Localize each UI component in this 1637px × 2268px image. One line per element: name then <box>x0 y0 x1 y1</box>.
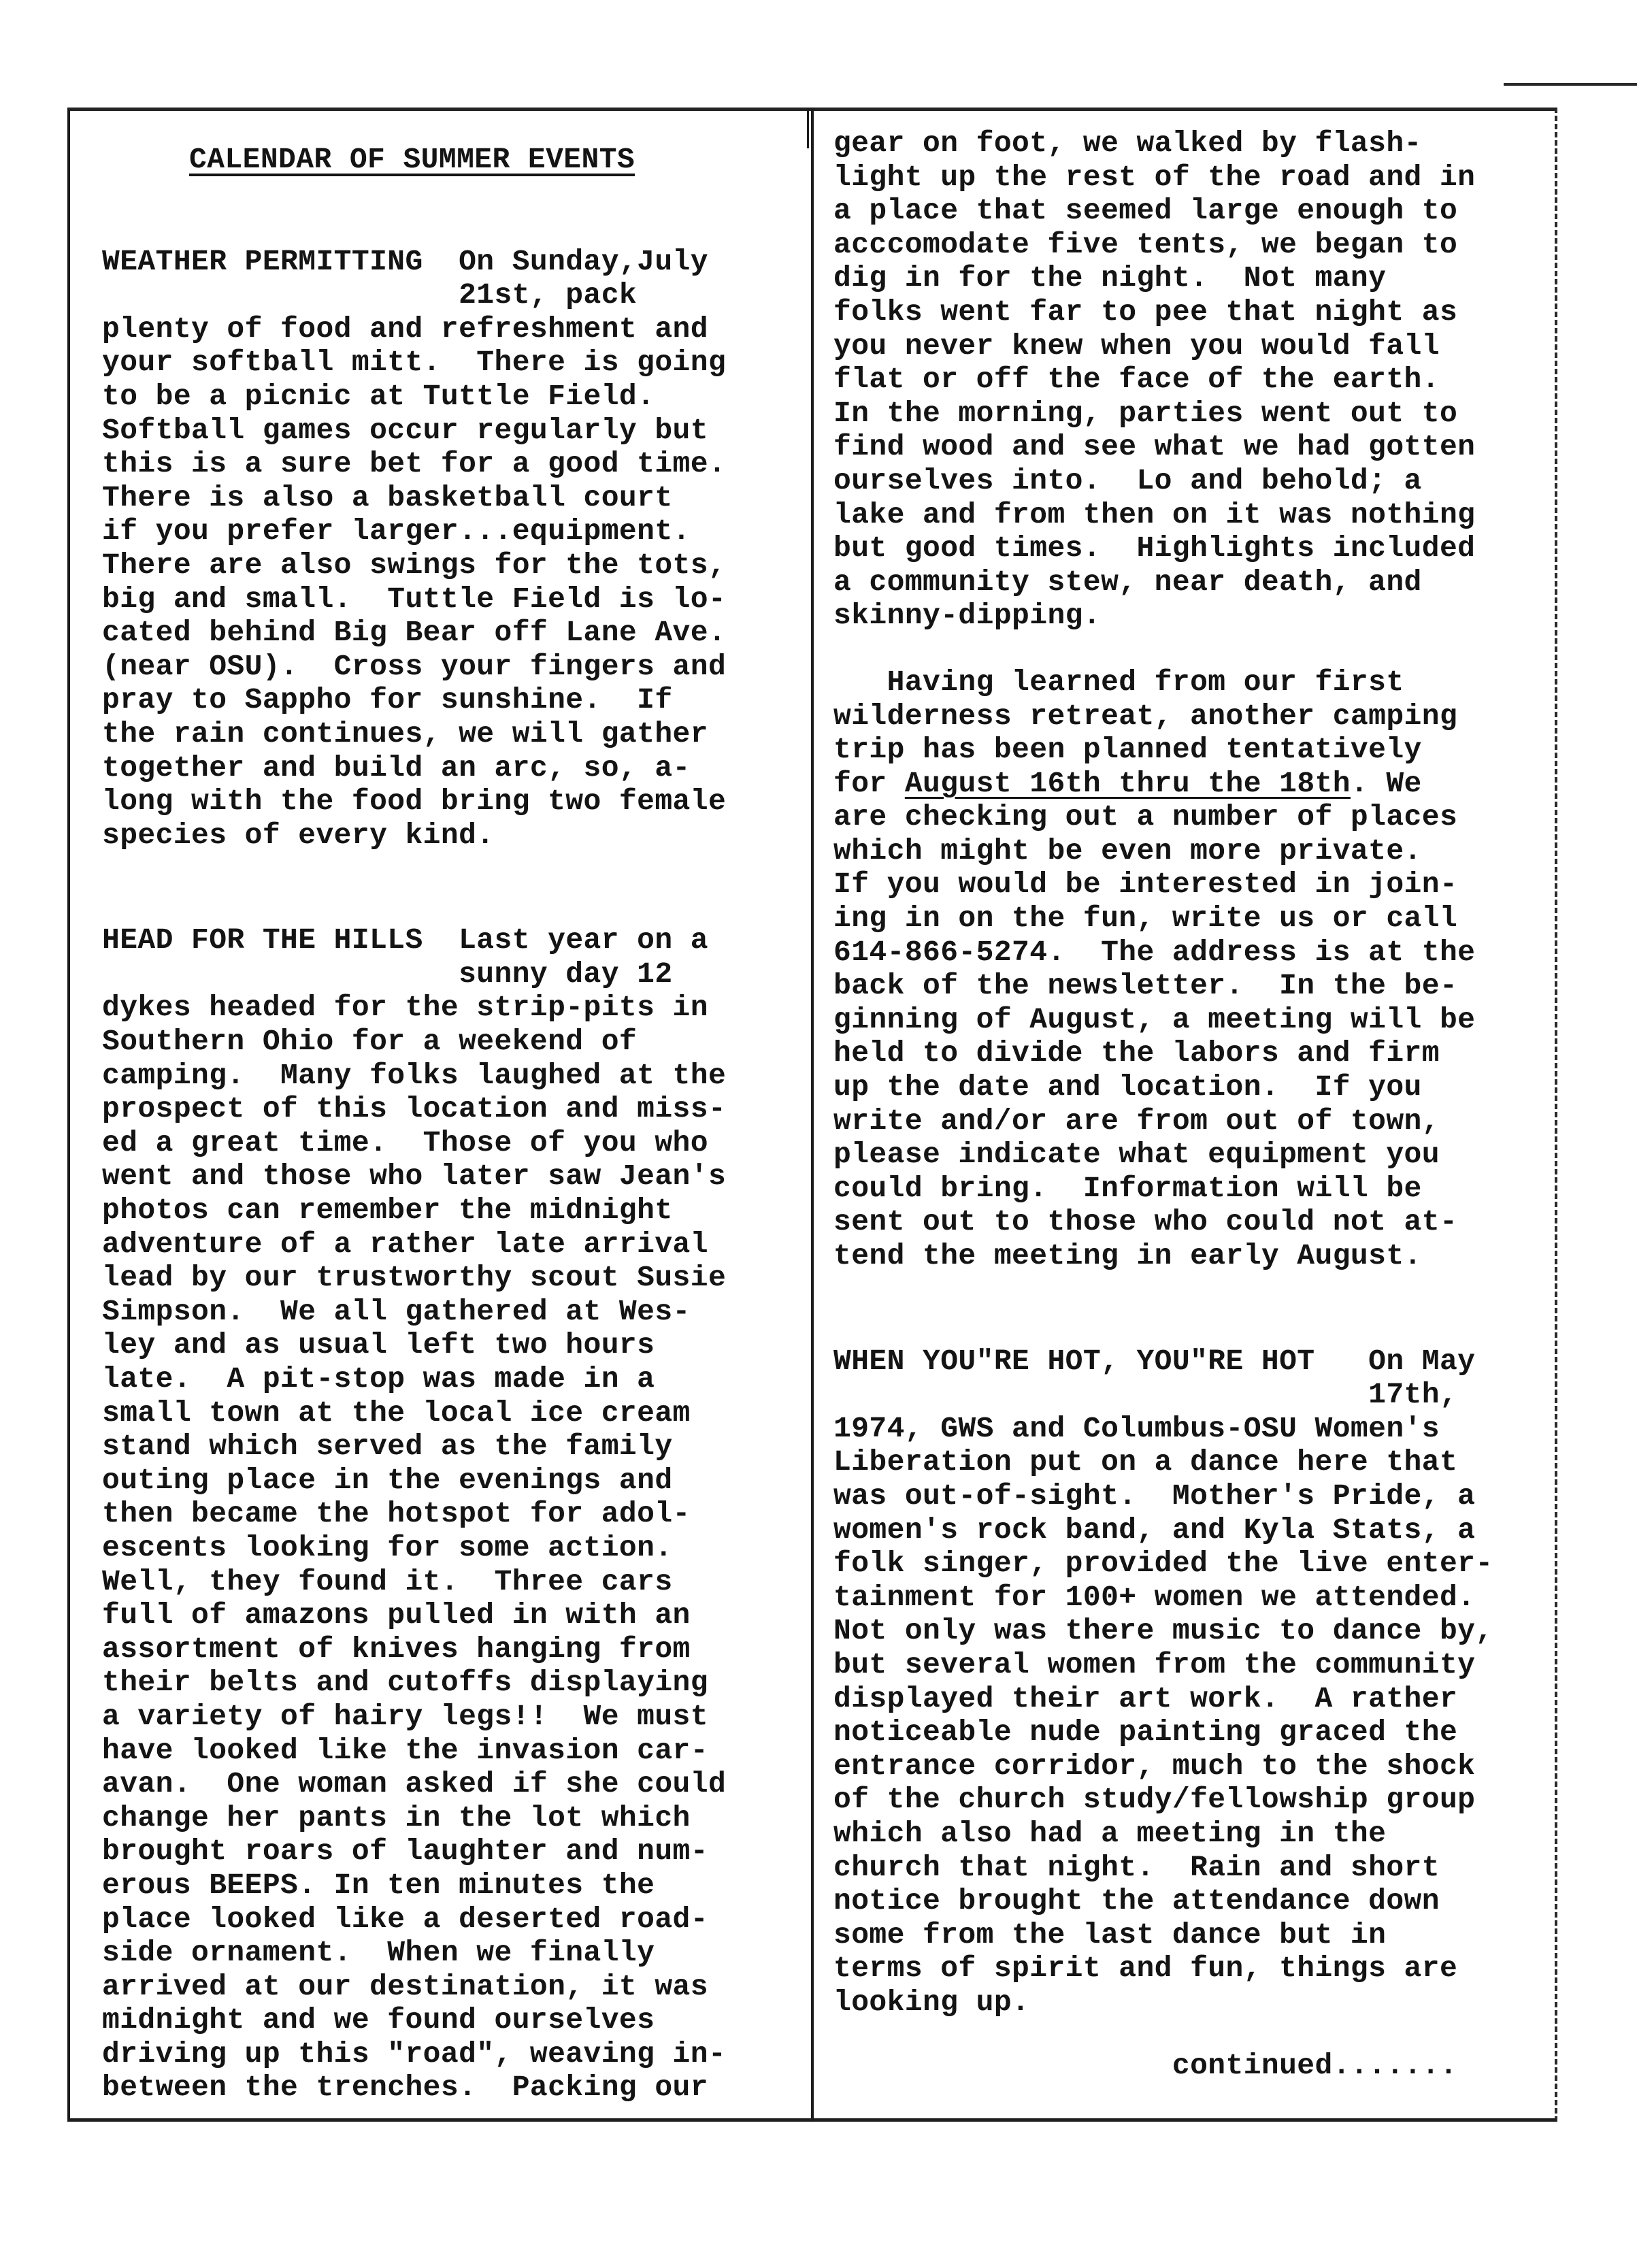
head-for-the-hills-line: gear on foot, we walked by flash- <box>833 127 1541 161</box>
head-for-the-hills-line: brought roars of laughter and num- <box>102 1835 789 1869</box>
camping-trip-date: August 16th thru the 18th <box>905 767 1351 800</box>
head-for-the-hills-line: you never knew when you would fall <box>833 329 1541 363</box>
weather-permitting-line: this is a sure bet for a good time. <box>102 447 789 481</box>
when-youre-hot-line: women's rock band, and Kyla Stats, a <box>833 1513 1541 1547</box>
camping-trip-line: ing in on the fun, write us or call <box>833 902 1541 936</box>
weather-permitting-line: There are also swings for the tots, <box>102 548 789 582</box>
when-youre-hot-line: tainment for 100+ women we attended. <box>833 1581 1541 1615</box>
weather-permitting-line: (near OSU). Cross your fingers and <box>102 650 789 684</box>
weather-permitting-line: pray to Sappho for sunshine. If <box>102 683 789 717</box>
head-for-the-hills-line: small town at the local ice cream <box>102 1396 789 1430</box>
head-for-the-hills-line: prospect of this location and miss- <box>102 1092 789 1126</box>
head-for-the-hills-line: outing place in the evenings and <box>102 1464 789 1498</box>
head-for-the-hills-line: acccomodate five tents, we began to <box>833 228 1541 262</box>
head-for-the-hills-line: Simpson. We all gathered at Wes- <box>102 1295 789 1329</box>
head-for-the-hills-line: escents looking for some action. <box>102 1531 789 1565</box>
head-for-the-hills-line: but good times. Highlights included <box>833 531 1541 565</box>
head-for-the-hills-line: Well, they found it. Three cars <box>102 1565 789 1599</box>
head-for-the-hills-lead-text: Last year on a <box>423 923 708 957</box>
camping-trip-date-prefix: for <box>833 767 905 800</box>
when-youre-hot-line: terms of spirit and fun, things are <box>833 1952 1541 1986</box>
when-youre-hot-line: noticeable nude painting graced the <box>833 1715 1541 1749</box>
weather-permitting-lead-text: On Sunday,July <box>423 245 708 278</box>
weather-permitting-line: There is also a basketball court <box>102 481 789 515</box>
when-youre-hot-line: notice brought the attendance down <box>833 1884 1541 1918</box>
head-for-the-hills-heading: HEAD FOR THE HILLS <box>102 923 423 957</box>
spacer <box>833 1273 1541 1345</box>
weather-permitting-heading-row: WEATHER PERMITTING On Sunday,July <box>102 245 789 279</box>
continued-label: continued....... <box>833 2049 1541 2083</box>
when-youre-hot-line: Liberation put on a dance here that <box>833 1445 1541 1479</box>
weather-permitting-line: plenty of food and refreshment and <box>102 312 789 346</box>
weather-permitting-line: Softball games occur regularly but <box>102 414 789 448</box>
column-divider-mark <box>807 108 809 148</box>
page-border-extension <box>1504 83 1637 86</box>
head-for-the-hills-line: erous BEEPS. In ten minutes the <box>102 1869 789 1903</box>
weather-permitting-line: species of every kind. <box>102 819 789 853</box>
head-for-the-hills-line: ed a great time. Those of you who <box>102 1126 789 1160</box>
when-youre-hot-line: looking up. <box>833 1986 1541 2020</box>
head-for-the-hills-line: flat or off the face of the earth. <box>833 363 1541 397</box>
head-for-the-hills-line: find wood and see what we had gotten <box>833 430 1541 464</box>
camping-trip-line: please indicate what equipment you <box>833 1138 1541 1172</box>
head-for-the-hills-line: then became the hotspot for adol- <box>102 1497 789 1531</box>
camping-trip-date-suffix: . We <box>1351 767 1422 800</box>
head-for-the-hills-line: adventure of a rather late arrival <box>102 1228 789 1262</box>
when-youre-hot-line: church that night. Rain and short <box>833 1851 1541 1885</box>
head-for-the-hills-heading-row: HEAD FOR THE HILLS Last year on a <box>102 923 789 957</box>
spacer <box>102 177 789 245</box>
camping-trip-line: could bring. Information will be <box>833 1172 1541 1206</box>
when-youre-hot-heading-row: WHEN YOU"RE HOT, YOU"RE HOT On May <box>833 1345 1541 1379</box>
camping-trip-line: sent out to those who could not at- <box>833 1205 1541 1239</box>
when-youre-hot-line: 1974, GWS and Columbus-OSU Women's <box>833 1412 1541 1446</box>
head-for-the-hills-line: went and those who later saw Jean's <box>102 1160 789 1194</box>
head-for-the-hills-line: lead by our trustworthy scout Susie <box>102 1261 789 1295</box>
head-for-the-hills-line: camping. Many folks laughed at the <box>102 1059 789 1093</box>
camping-trip-line: trip has been planned tentatively <box>833 733 1541 767</box>
camping-trip-line: back of the newsletter. In the be- <box>833 969 1541 1003</box>
weather-permitting-heading: WEATHER PERMITTING <box>102 245 423 278</box>
weather-permitting-line: the rain continues, we will gather <box>102 717 789 751</box>
camping-trip-date-row: for August 16th thru the 18th. We <box>833 767 1541 801</box>
spacer <box>833 2019 1541 2049</box>
spacer <box>102 852 789 923</box>
camping-trip-line: which might be even more private. <box>833 834 1541 868</box>
when-youre-hot-line: but several women from the community <box>833 1648 1541 1682</box>
page-title: CALENDAR OF SUMMER EVENTS <box>102 143 789 177</box>
head-for-the-hills-line: lake and from then on it was nothing <box>833 498 1541 532</box>
head-for-the-hills-line: Southern Ohio for a weekend of <box>102 1025 789 1059</box>
camping-trip-line: wilderness retreat, another camping <box>833 700 1541 734</box>
head-for-the-hills-line: side ornament. When we finally <box>102 1936 789 1970</box>
head-for-the-hills-line: change her pants in the lot which <box>102 1801 789 1835</box>
head-for-the-hills-line: photos can remember the midnight <box>102 1194 789 1228</box>
camping-trip-line: Having learned from our first <box>833 665 1541 700</box>
when-youre-hot-line: folk singer, provided the live enter- <box>833 1547 1541 1581</box>
head-for-the-hills-line: have looked like the invasion car- <box>102 1734 789 1768</box>
column-divider <box>811 108 814 2122</box>
when-youre-hot-line: which also had a meeting in the <box>833 1817 1541 1851</box>
head-for-the-hills-line: avan. One woman asked if she could <box>102 1767 789 1801</box>
head-for-the-hills-line: place looked like a deserted road- <box>102 1903 789 1937</box>
weather-permitting-line: your softball mitt. There is going <box>102 346 789 380</box>
when-youre-hot-lead-text: On May <box>1315 1345 1476 1378</box>
left-column: CALENDAR OF SUMMER EVENTSWEATHER PERMITT… <box>102 108 789 2105</box>
head-for-the-hills-line: midnight and we found ourselves <box>102 2003 789 2037</box>
head-for-the-hills-lead-text-cont: sunny day 12 <box>102 957 789 991</box>
camping-trip-line: ginning of August, a meeting will be <box>833 1003 1541 1037</box>
head-for-the-hills-line: late. A pit-stop was made in a <box>102 1362 789 1396</box>
head-for-the-hills-line: light up the rest of the road and in <box>833 161 1541 195</box>
when-youre-hot-line: of the church study/fellowship group <box>833 1783 1541 1817</box>
when-youre-hot-line: Not only was there music to dance by, <box>833 1614 1541 1648</box>
when-youre-hot-heading: WHEN YOU"RE HOT, YOU"RE HOT <box>833 1345 1315 1378</box>
when-youre-hot-lead-text-cont: 17th, <box>833 1378 1541 1412</box>
head-for-the-hills-line: dig in for the night. Not many <box>833 261 1541 295</box>
head-for-the-hills-line: their belts and cutoffs displaying <box>102 1666 789 1700</box>
camping-trip-line: write and/or are from out of town, <box>833 1104 1541 1138</box>
camping-trip-line: tend the meeting in early August. <box>833 1239 1541 1273</box>
weather-permitting-line: if you prefer larger...equipment. <box>102 514 789 548</box>
head-for-the-hills-line: skinny-dipping. <box>833 599 1541 633</box>
camping-trip-line: are checking out a number of places <box>833 800 1541 834</box>
weather-permitting-line: cated behind Big Bear off Lane Ave. <box>102 616 789 650</box>
camping-trip-line: 614-866-5274. The address is at the <box>833 936 1541 970</box>
spacer <box>102 108 789 143</box>
head-for-the-hills-line: a place that seemed large enough to <box>833 194 1541 228</box>
weather-permitting-line: together and build an arc, so, a- <box>102 751 789 785</box>
weather-permitting-lead-text-cont: 21st, pack <box>102 278 789 312</box>
weather-permitting-line: to be a picnic at Tuttle Field. <box>102 380 789 414</box>
head-for-the-hills-line: ley and as usual left two hours <box>102 1328 789 1362</box>
head-for-the-hills-line: a community stew, near death, and <box>833 565 1541 599</box>
head-for-the-hills-line: driving up this "road", weaving in- <box>102 2037 789 2071</box>
camping-trip-line: up the date and location. If you <box>833 1070 1541 1104</box>
head-for-the-hills-line: assortment of knives hanging from <box>102 1632 789 1666</box>
weather-permitting-line: long with the food bring two female <box>102 785 789 819</box>
head-for-the-hills-line: ourselves into. Lo and behold; a <box>833 464 1541 498</box>
head-for-the-hills-line: stand which served as the family <box>102 1430 789 1464</box>
camping-trip-line: held to divide the labors and firm <box>833 1036 1541 1070</box>
head-for-the-hills-line: dykes headed for the strip-pits in <box>102 991 789 1025</box>
head-for-the-hills-line: full of amazons pulled in with an <box>102 1598 789 1632</box>
head-for-the-hills-line: a variety of hairy legs!! We must <box>102 1700 789 1734</box>
head-for-the-hills-line: arrived at our destination, it was <box>102 1970 789 2004</box>
spacer <box>833 633 1541 665</box>
when-youre-hot-line: was out-of-sight. Mother's Pride, a <box>833 1479 1541 1513</box>
head-for-the-hills-line: In the morning, parties went out to <box>833 397 1541 431</box>
when-youre-hot-line: displayed their art work. A rather <box>833 1682 1541 1716</box>
when-youre-hot-line: entrance corridor, much to the shock <box>833 1749 1541 1784</box>
right-column: gear on foot, we walked by flash-light u… <box>833 108 1541 2083</box>
spacer <box>833 108 1541 127</box>
when-youre-hot-line: some from the last dance but in <box>833 1918 1541 1952</box>
head-for-the-hills-line: between the trenches. Packing our <box>102 2071 789 2105</box>
weather-permitting-line: big and small. Tuttle Field is lo- <box>102 582 789 617</box>
camping-trip-line: If you would be interested in join- <box>833 868 1541 902</box>
head-for-the-hills-line: folks went far to pee that night as <box>833 295 1541 329</box>
